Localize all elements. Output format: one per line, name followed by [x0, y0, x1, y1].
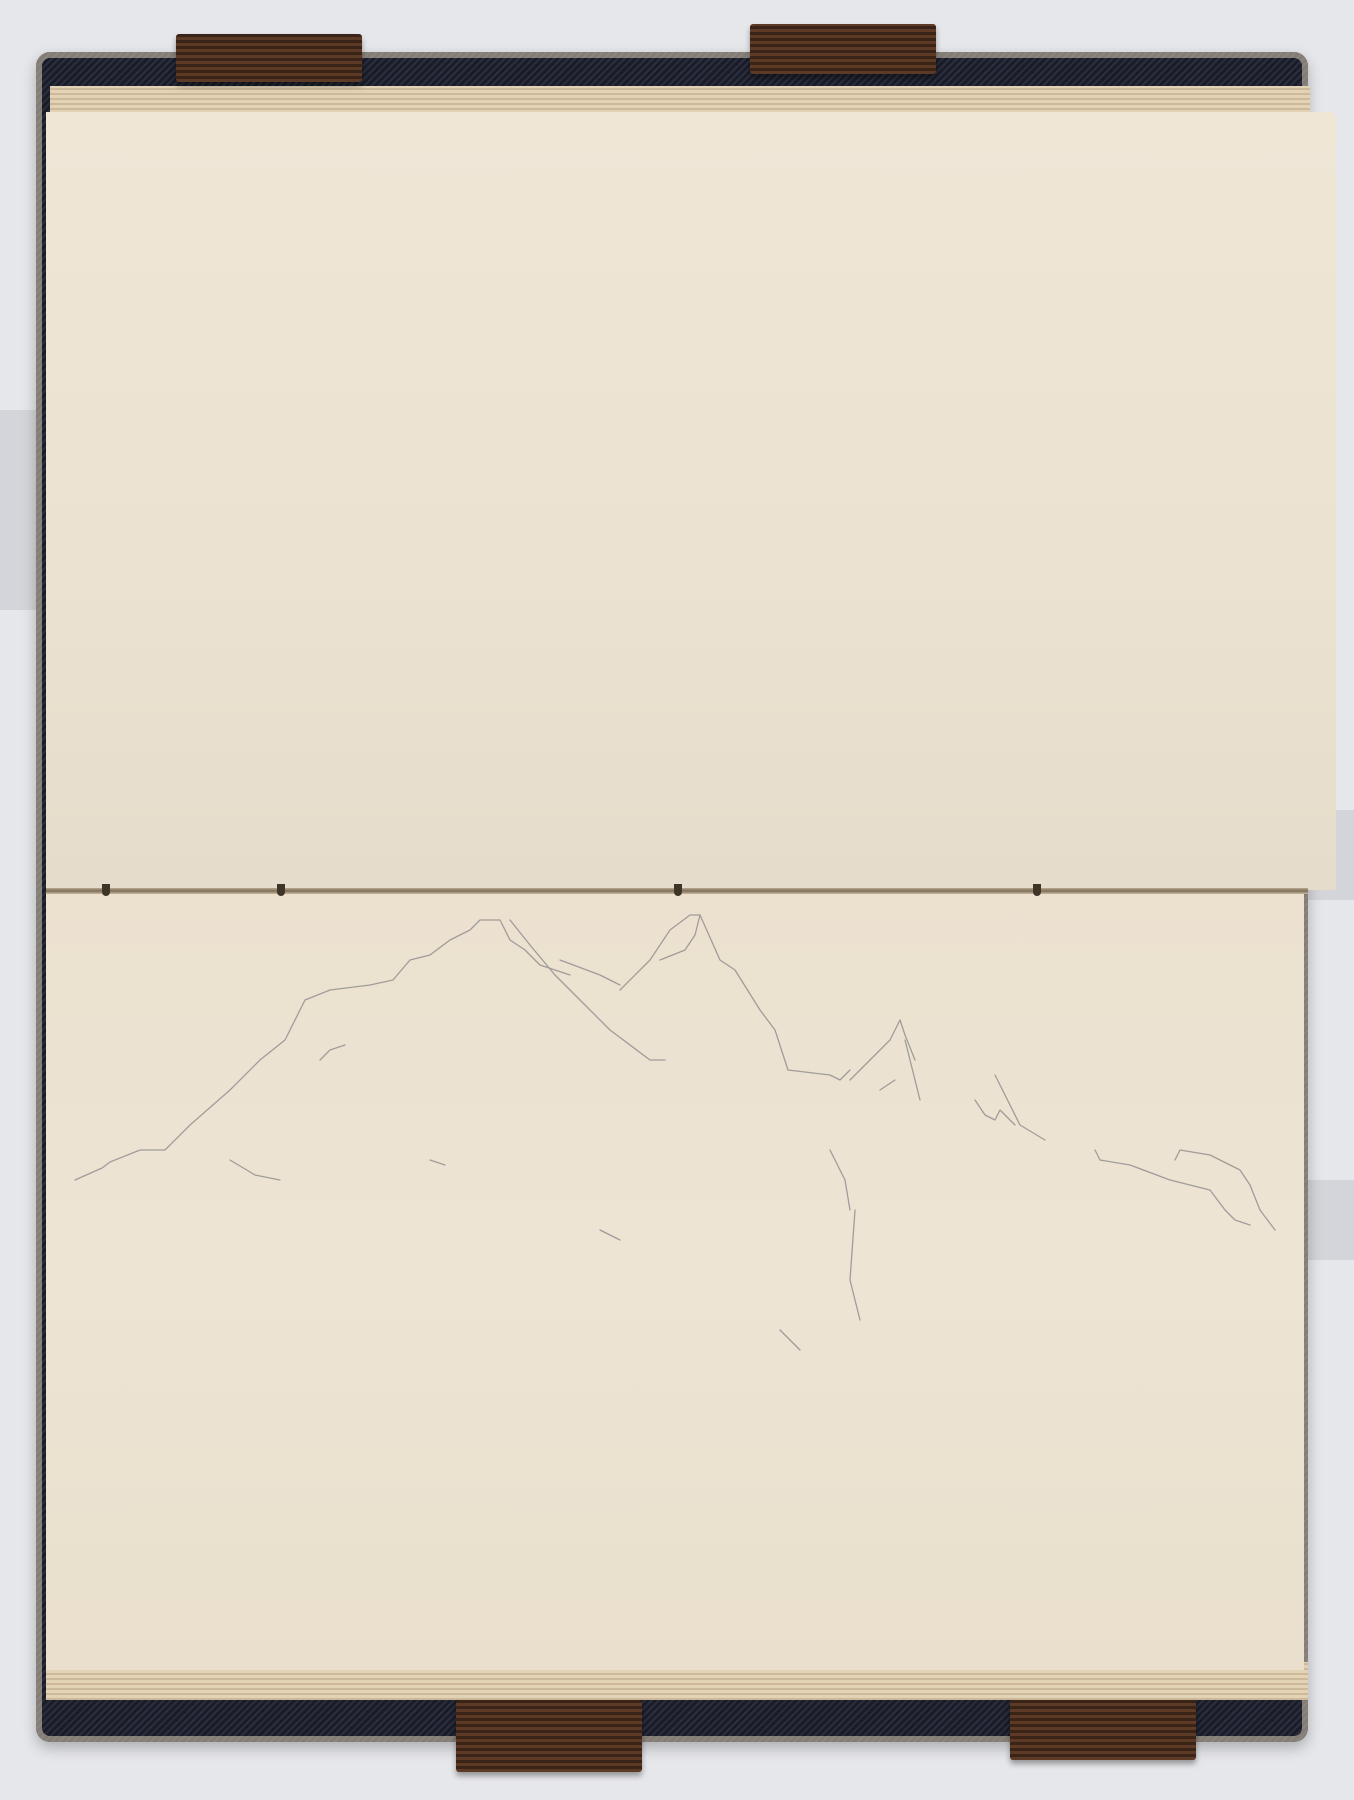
strap-bottom-left	[456, 1700, 642, 1772]
mountain-sketch	[0, 0, 1354, 1800]
strap-top-right	[750, 24, 936, 74]
strap-top-left	[176, 34, 362, 82]
strap-bottom-right	[1010, 1700, 1196, 1760]
